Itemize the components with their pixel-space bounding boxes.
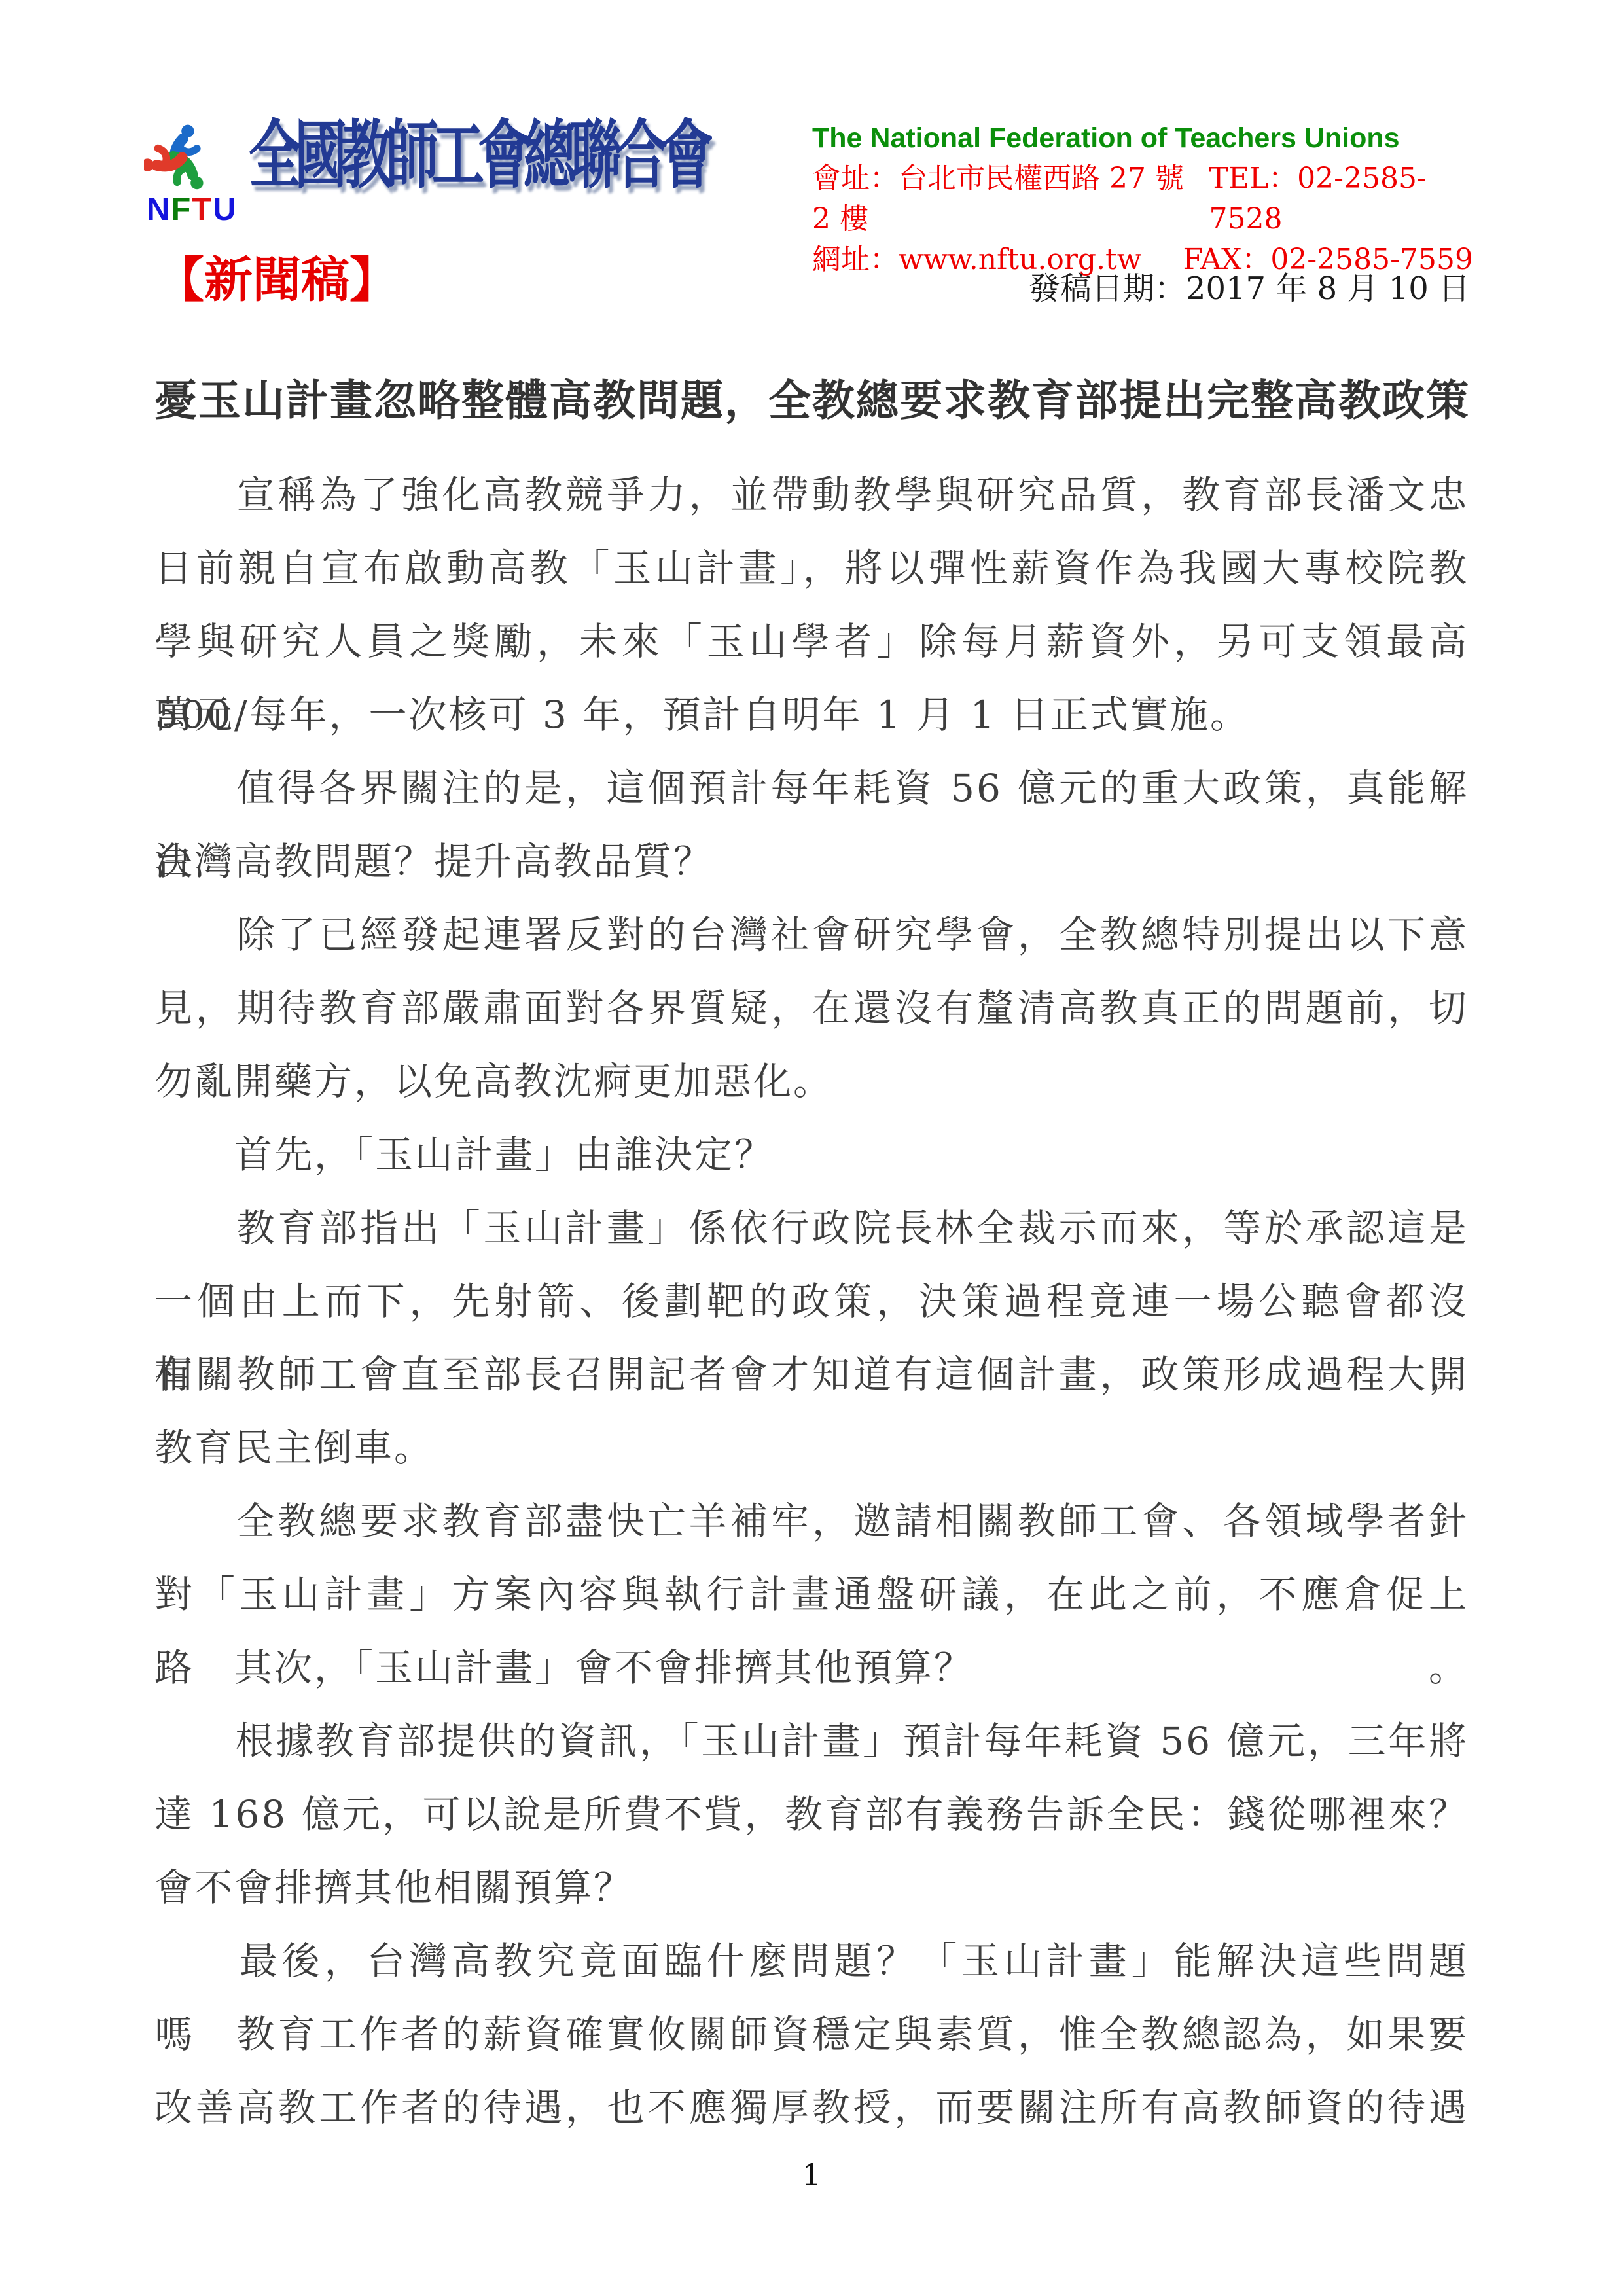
nftu-letter: T (192, 192, 213, 227)
body-line: 台灣高教問題？提升高教品質？ (154, 825, 1469, 898)
body-line: 改善高教工作者的待遇，也不應獨厚教授，而要關注所有高教師資的待遇 (154, 2071, 1469, 2144)
body-line: 一個由上而下，先射箭、後劃靶的政策，決策過程竟連一場公聽會都沒有， (154, 1265, 1469, 1338)
org-name-chinese: 全國教師工會總聯合會 (249, 118, 707, 192)
contact-block: 會址：台北市民權西路 27 號 2 樓 TEL：02-2585-7528 網址：… (812, 158, 1473, 280)
document-title: 憂玉山計畫忽略整體高教問題，全教總要求教育部提出完整高教政策 (154, 368, 1469, 433)
body-line: 對「玉山計畫」方案內容與執行計畫通盤研議，在此之前，不應倉促上路。 (154, 1558, 1469, 1631)
org-name-english: The National Federation of Teachers Unio… (812, 124, 1400, 152)
body-line: 值得各界關注的是，這個預計每年耗資 56 億元的重大政策，真能解決 (154, 751, 1469, 825)
body-line: 勿亂開藥方，以免高教沈痾更加惡化。 (154, 1045, 1469, 1118)
body-line: 全教總要求教育部盡快亡羊補牢，邀請相關教師工會、各領域學者針 (154, 1484, 1469, 1558)
address-text: 會址：台北市民權西路 27 號 2 樓 (812, 158, 1209, 240)
tel-text: TEL：02-2585-7528 (1209, 158, 1474, 240)
body-line: 達 168 億元，可以說是所費不貲，教育部有義務告訴全民：錢從哪裡來？ (154, 1778, 1469, 1851)
body-line: 最後，台灣高教究竟面臨什麼問題？「玉山計畫」能解決這些問題嗎？ (154, 1924, 1469, 1998)
contact-row: 會址：台北市民權西路 27 號 2 樓 TEL：02-2585-7528 (812, 158, 1473, 240)
nftu-acronym: NFTU (147, 194, 238, 226)
nftu-letter: U (213, 192, 237, 227)
body-line: 首先，「玉山計畫」由誰決定？ (154, 1118, 1469, 1191)
body-line: 教育民主倒車。 (154, 1411, 1469, 1484)
body-line: 學與研究人員之獎勵，未來「玉山學者」除每月薪資外，另可支領最高 500 (154, 605, 1469, 678)
body-line: 見，期待教育部嚴肅面對各界質疑，在還沒有釐清高教真正的問題前，切 (154, 971, 1469, 1045)
body-line: 根據教育部提供的資訊，「玉山計畫」預計每年耗資 56 億元，三年將 (154, 1704, 1469, 1778)
body-line: 日前親自宣布啟動高教「玉山計畫」，將以彈性薪資作為我國大專校院教 (154, 531, 1469, 605)
body-line: 宣稱為了強化高教競爭力，並帶動教學與研究品質，教育部長潘文忠 (154, 458, 1469, 531)
body-line: 萬元/每年，一次核可 3 年，預計自明年 1 月 1 日正式實施。 (154, 678, 1469, 751)
issue-date: 發稿日期：2017 年 8 月 10 日 (1029, 263, 1470, 308)
page-number: 1 (0, 2157, 1623, 2193)
body-line: 除了已經發起連署反對的台灣社會研究學會，全教總特別提出以下意 (154, 898, 1469, 971)
press-release-page: NFTU 全國教師工會總聯合會 The National Federation … (0, 0, 1623, 2296)
body-line: 教育部指出「玉山計畫」係依行政院長林全裁示而來，等於承認這是 (154, 1191, 1469, 1265)
body-line: 相關教師工會直至部長召開記者會才知道有這個計畫，政策形成過程大開 (154, 1338, 1469, 1411)
body-line: 教育工作者的薪資確實攸關師資穩定與素質，惟全教總認為，如果要 (154, 1998, 1469, 2071)
press-release-label: 【新聞稿】 (156, 254, 398, 307)
nftu-logo-icon (144, 119, 211, 198)
nftu-letter: F (171, 192, 192, 227)
body-line: 會不會排擠其他相關預算？ (154, 1851, 1469, 1924)
body-text: 宣稱為了強化高教競爭力，並帶動教學與研究品質，教育部長潘文忠日前親自宣布啟動高教… (154, 458, 1469, 2144)
nftu-letter: N (147, 192, 171, 227)
